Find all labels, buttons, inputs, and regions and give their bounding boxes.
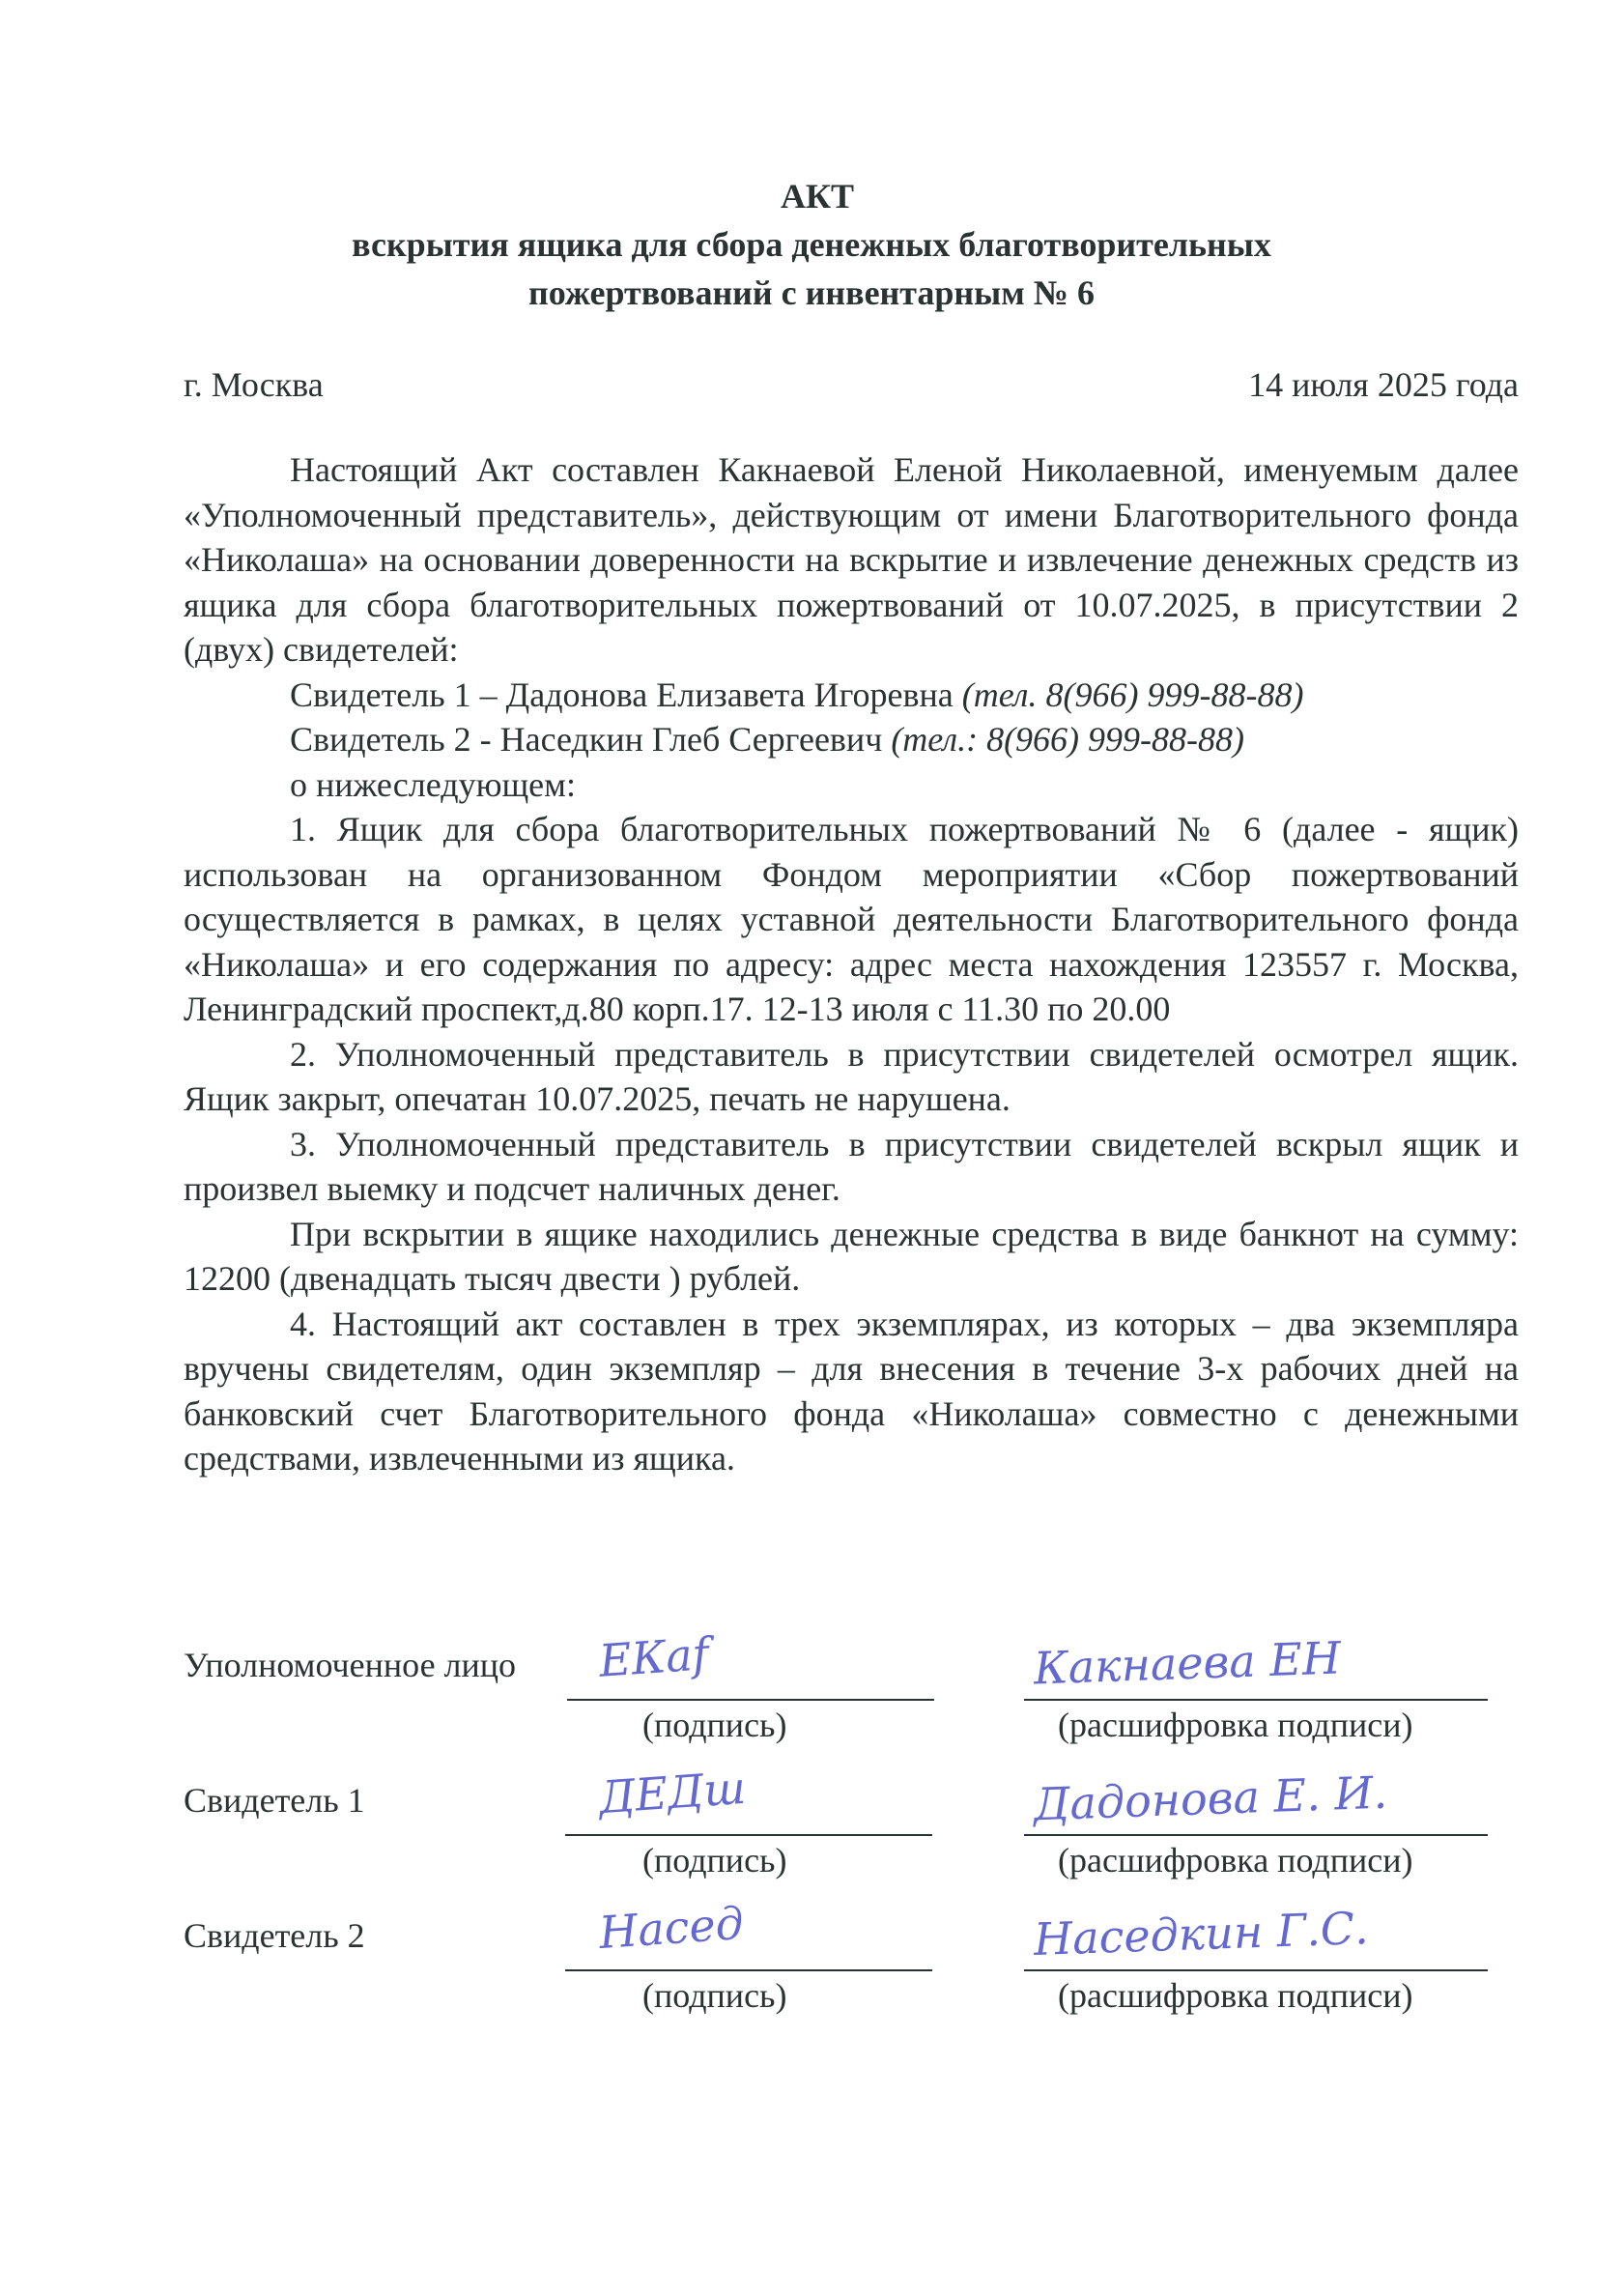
signature-row-authorized: Уполномоченное лицо ЕКаf Какнаева ЕН (по… <box>184 1623 1536 1759</box>
signature-row-witness-2: Свидетель 2 Насед Наседкин Г.С. (подпись… <box>184 1894 1536 2029</box>
date: 14 июля 2025 года <box>1248 364 1519 405</box>
document-subtitle-line-2: пожертвований с инвентарным № 6 <box>0 269 1623 317</box>
item-1-paragraph: 1. Ящик для сбора благотворительных поже… <box>184 807 1519 1032</box>
handwritten-signature: Насед <box>597 1897 745 1959</box>
document-title: АКТ <box>12 172 1623 220</box>
handwritten-name: Дадонова Е. И. <box>1033 1766 1388 1831</box>
decode-line <box>1024 1699 1488 1701</box>
decode-line <box>1024 1969 1488 1971</box>
document-title-block: АКТ вскрытия ящика для сбора денежных бл… <box>0 172 1623 317</box>
signature-label: Свидетель 1 <box>184 1780 365 1821</box>
witness-1-phone: (тел. 8(966) 999-88-88) <box>962 675 1304 714</box>
signature-row-witness-1: Свидетель 1 ДЕДш Дадонова Е. И. (подпись… <box>184 1759 1536 1894</box>
document-body: Настоящий Акт составлен Какнаевой Еленой… <box>184 447 1519 1481</box>
item-3-paragraph: 3. Уполномоченный представитель в присут… <box>184 1122 1519 1212</box>
witness-1-line: Свидетель 1 – Дадонова Елизавета Игоревн… <box>184 673 1519 718</box>
signature-label: Уполномоченное лицо <box>184 1645 516 1685</box>
witness-2-phone: (тел.: 8(966) 999-88-88) <box>891 720 1244 759</box>
item-2-paragraph: 2. Уполномоченный представитель в присут… <box>184 1032 1519 1122</box>
handwritten-signature: ДЕДш <box>597 1762 747 1823</box>
witness-2-text: Свидетель 2 - Наседкин Глеб Сергеевич <box>290 720 891 759</box>
handwritten-name: Наседкин Г.С. <box>1033 1902 1369 1966</box>
signature-line <box>565 1969 932 1971</box>
place: г. Москва <box>184 364 324 405</box>
decode-caption: (расшифровка подписи) <box>1058 1975 1413 2016</box>
signature-caption: (подпись) <box>642 1705 786 1745</box>
amount-paragraph: При вскрытии в ящике находились денежные… <box>184 1212 1519 1302</box>
signature-label: Свидетель 2 <box>184 1915 365 1956</box>
intro-paragraph: Настоящий Акт составлен Какнаевой Еленой… <box>184 447 1519 673</box>
following-line: о нижеследующем: <box>184 762 1519 808</box>
witness-2-line: Свидетель 2 - Наседкин Глеб Сергеевич (т… <box>184 717 1519 762</box>
document-subtitle-line-1: вскрытия ящика для сбора денежных благот… <box>0 220 1623 269</box>
decode-line <box>1024 1834 1488 1836</box>
item-4-paragraph: 4. Настоящий акт составлен в трех экземп… <box>184 1302 1519 1481</box>
handwritten-name: Какнаева ЕН <box>1033 1631 1342 1694</box>
signature-block: Уполномоченное лицо ЕКаf Какнаева ЕН (по… <box>184 1623 1536 2029</box>
decode-caption: (расшифровка подписи) <box>1058 1705 1413 1745</box>
signature-caption: (подпись) <box>642 1975 786 2016</box>
signature-caption: (подпись) <box>642 1840 786 1880</box>
witness-1-text: Свидетель 1 – Дадонова Елизавета Игоревн… <box>290 675 962 714</box>
signature-line <box>565 1834 932 1836</box>
decode-caption: (расшифровка подписи) <box>1058 1840 1413 1880</box>
signature-line <box>567 1699 934 1701</box>
handwritten-signature: ЕКаf <box>597 1627 710 1687</box>
document-page: АКТ вскрытия ящика для сбора денежных бл… <box>0 0 1623 2296</box>
